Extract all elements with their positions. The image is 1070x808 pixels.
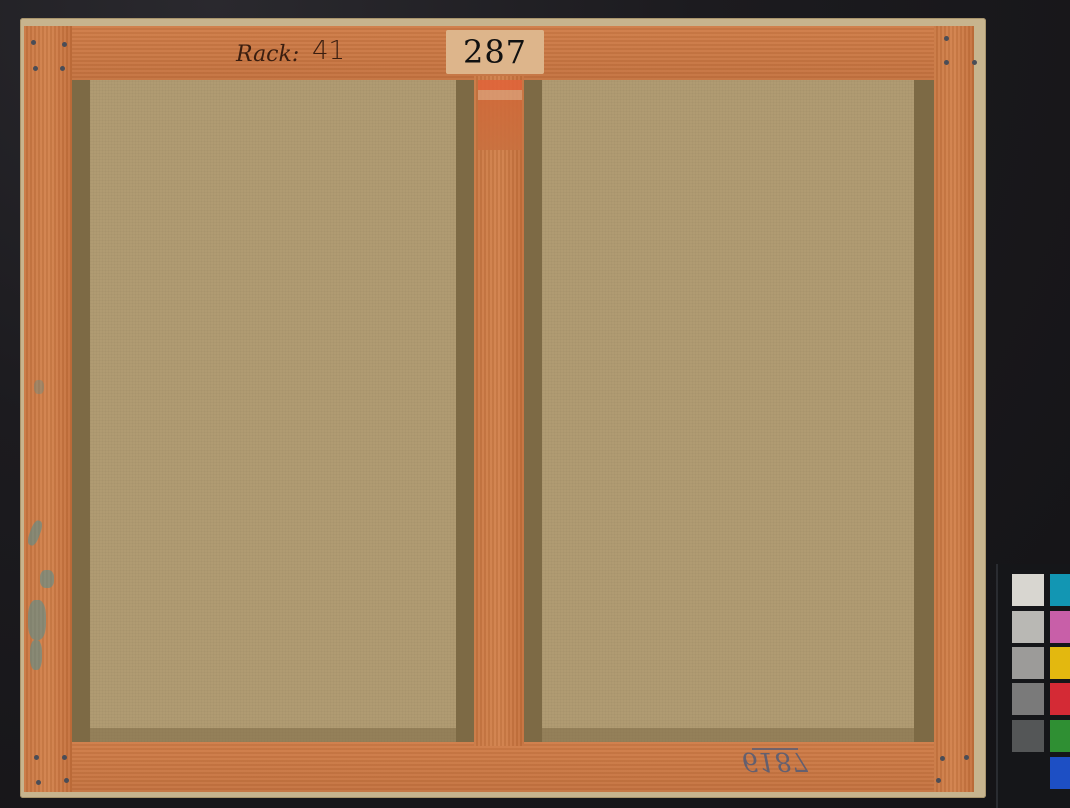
nail-icon	[60, 66, 65, 71]
stretcher-shadow	[524, 728, 934, 742]
nail-icon	[36, 780, 41, 785]
gray-swatch-4	[1012, 683, 1044, 715]
gray-swatch-5	[1012, 720, 1044, 752]
nail-icon	[34, 755, 39, 760]
nail-icon	[944, 60, 949, 65]
yellow-swatch	[1050, 647, 1070, 679]
bottom-inventory-number: 6187	[742, 746, 808, 776]
nail-icon	[31, 40, 36, 45]
nail-icon	[964, 755, 969, 760]
stretcher-bar-right	[934, 26, 974, 792]
nail-icon	[64, 778, 69, 783]
green-swatch	[1050, 720, 1070, 752]
nail-icon	[936, 778, 941, 783]
paint-spot	[28, 600, 46, 640]
red-paint-stain	[478, 80, 522, 150]
canvas-panel-right	[524, 80, 934, 742]
stretcher-bar-left	[24, 26, 72, 792]
rack-number: 41	[312, 36, 345, 66]
paint-spot	[40, 570, 54, 588]
inventory-number: 287	[446, 30, 544, 74]
gray-swatch-1	[1012, 574, 1044, 606]
nail-icon	[972, 60, 977, 65]
canvas-panel-left	[72, 80, 474, 742]
gray-swatch-3	[1012, 647, 1044, 679]
stretcher-shadow	[72, 80, 90, 742]
stretcher-shadow	[456, 80, 474, 742]
gray-swatch-2	[1012, 611, 1044, 643]
stretcher-shadow	[72, 728, 474, 742]
color-calibration-chart	[996, 564, 1070, 808]
red-swatch	[1050, 683, 1070, 715]
nail-icon	[944, 36, 949, 41]
stretcher-shadow	[524, 80, 542, 742]
paint-spot	[34, 380, 44, 394]
nail-icon	[33, 66, 38, 71]
cyan-swatch	[1050, 574, 1070, 606]
nail-icon	[62, 755, 67, 760]
rack-label: Rack:	[236, 42, 299, 67]
nail-icon	[62, 42, 67, 47]
stretcher-crossbar-center	[474, 76, 524, 746]
stretcher-shadow	[914, 80, 934, 742]
magenta-swatch	[1050, 611, 1070, 643]
paint-spot	[30, 640, 42, 670]
nail-icon	[940, 756, 945, 761]
blue-swatch	[1050, 757, 1070, 789]
stretcher-bar-bottom	[24, 742, 974, 792]
